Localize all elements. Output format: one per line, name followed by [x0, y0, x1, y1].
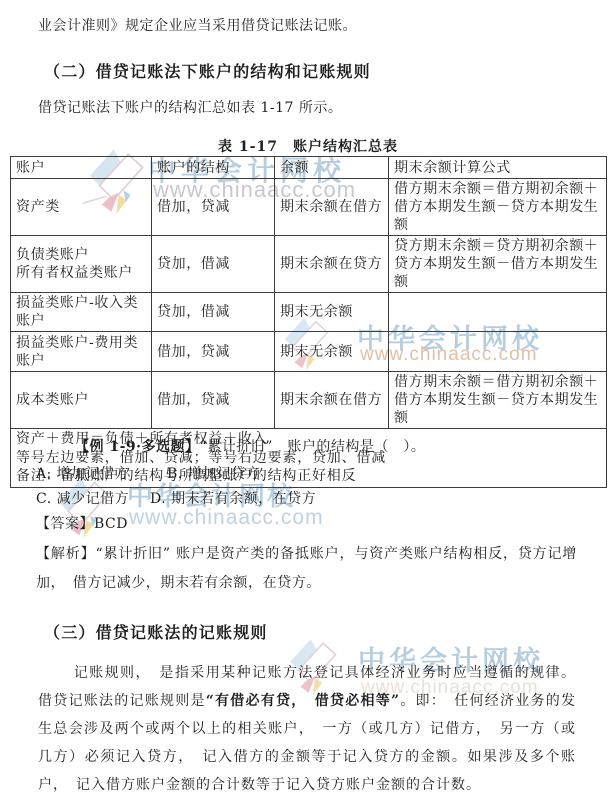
option-c: C. 减少记借方 — [36, 489, 150, 509]
cell-balance: 期末余额在借方 — [275, 179, 389, 236]
cell-account: 损益类账户-费用类账户 — [11, 332, 152, 372]
continuation-paragraph: 业会计准则》规定企业应当采用借贷记账法记账。 — [38, 16, 588, 36]
cell-formula: 借方期末余额＝借方期初余额＋借方本期发生额－贷方本期发生额 — [389, 372, 607, 429]
table-row: 损益类账户-费用类账户 借加，贷减 期末无余额 — [11, 332, 607, 372]
watermark-url-text: www.chinaacc.com — [129, 506, 324, 530]
section3-heading: （三）借贷记账法的记账规则 — [44, 620, 268, 643]
cell-formula: 借方期末余额＝借方期初余额＋借方本期发生额－贷方本期发生额 — [389, 179, 607, 236]
cell-formula — [389, 293, 607, 332]
option-b: B. 增加记贷方 — [167, 466, 260, 482]
option-d: D. 期末若有余额，在贷方 — [150, 491, 316, 507]
cell-formula: 贷方期末余额＝贷方期初余额＋贷方本期发生额－借方本期发生额 — [389, 236, 607, 293]
cell-balance: 期末无余额 — [275, 293, 389, 332]
cell-formula — [389, 332, 607, 372]
cell-balance: 期末无余额 — [275, 332, 389, 372]
cell-structure: 借加，贷减 — [152, 179, 275, 236]
options-row-ab: A. 增加记借方B. 增加记贷方 — [36, 464, 260, 484]
table-row: 成本类账户 借加，贷减 期末余额在借方 借方期末余额＝借方期初余额＋借方本期发生… — [11, 372, 607, 429]
cell-account: 资产类 — [11, 179, 152, 236]
cell-structure: 贷加，借减 — [152, 293, 275, 332]
cell-account: 负债类账户 所有者权益类账户 — [11, 236, 152, 293]
table-caption: 表 1-17 账户结构汇总表 — [10, 136, 606, 156]
example-question: “累计折旧” 账户的结构是（ ）。 — [200, 439, 426, 455]
section2-heading: （二）借贷记账法下账户的结构和记账规则 — [44, 59, 371, 82]
section2-lead: 借贷记账法下账户的结构汇总如表 1-17 所示。 — [38, 98, 588, 118]
table-row: 损益类账户-收入类账户 贷加，借减 期末无余额 — [11, 293, 607, 332]
section3-paragraph: 记账规则， 是指采用某种记账方法登记具体经济业务时应当遵循的规律。借贷记账法的记… — [38, 659, 576, 799]
example-label: 【例 1-9·多选题】 — [75, 439, 200, 455]
document-page: 中华会计网校 www.chinaacc.com 中华会计网校 www.china… — [0, 0, 614, 809]
header-structure: 账户的结构 — [152, 157, 275, 179]
header-balance: 余额 — [275, 157, 389, 179]
cell-structure: 借加，贷减 — [152, 372, 275, 429]
cell-structure: 借加，贷减 — [152, 332, 275, 372]
cell-structure: 贷加，借减 — [152, 236, 275, 293]
table-row: 资产类 借加，贷减 期末余额在借方 借方期末余额＝借方期初余额＋借方本期发生额－… — [11, 179, 607, 236]
cell-balance: 期末余额在借方 — [275, 372, 389, 429]
analysis-paragraph: 【解析】“累计折旧” 账户是资产类的备抵账户，与资产类账户结构相反，贷方记增加，… — [36, 540, 577, 598]
cell-account: 成本类账户 — [11, 372, 152, 429]
cell-balance: 期末余额在贷方 — [275, 236, 389, 293]
table-header-row: 账户 账户的结构 余额 期末余额计算公式 — [11, 157, 607, 179]
answer-line: 【答案】BCD — [36, 514, 128, 534]
rule-text-bold: “有借必有贷， 借贷必相等” — [206, 693, 400, 709]
header-formula: 期末余额计算公式 — [389, 157, 607, 179]
example-question-line: 【例 1-9·多选题】“累计折旧” 账户的结构是（ ）。 — [75, 437, 595, 457]
header-account: 账户 — [11, 157, 152, 179]
table-row: 负债类账户 所有者权益类账户 贷加，借减 期末余额在贷方 贷方期末余额＝贷方期初… — [11, 236, 607, 293]
cell-account: 损益类账户-收入类账户 — [11, 293, 152, 332]
options-row-cd: C. 减少记借方D. 期末若有余额，在贷方 — [36, 489, 316, 509]
option-a: A. 增加记借方 — [36, 464, 167, 484]
